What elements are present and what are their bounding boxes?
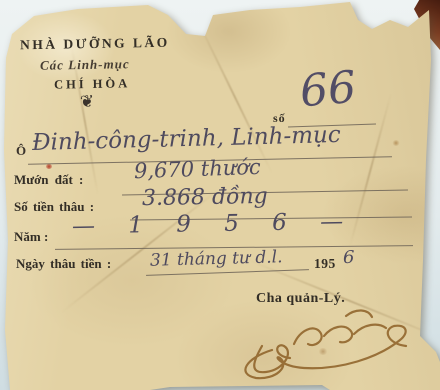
fleuron-ornament-icon: ❦: [80, 92, 95, 112]
date-year-printed: 195: [314, 256, 336, 272]
land-label: Mướn đất :: [14, 172, 83, 188]
amount-handwritten-value: 3.868 đồng: [142, 184, 268, 211]
date-handwritten-value: 31 tháng tư d.l.: [150, 247, 283, 270]
org-name-line1: NHÀ DƯỠNG LÃO: [20, 35, 170, 54]
date-label: Ngày thâu tiền :: [16, 256, 111, 272]
date-year-handwritten: 6: [343, 247, 354, 268]
land-handwritten-value: 9,670 thước: [134, 155, 261, 183]
year-handwritten-value: — 1 9 5 6 —: [72, 209, 357, 240]
org-name-line3: CHÍ HÒA: [54, 76, 130, 92]
org-name-line2: Các Linh-mục: [40, 56, 130, 74]
number-handwritten-value: 66: [298, 62, 358, 118]
photo-of-receipt: NHÀ DƯỠNG LÃO Các Linh-mục CHÍ HÒA ❦ số …: [0, 0, 440, 390]
paper-wrapper: NHÀ DƯỠNG LÃO Các Linh-mục CHÍ HÒA ❦ số …: [0, 0, 440, 390]
year-label: Năm :: [14, 229, 48, 245]
brown-stain: [392, 140, 400, 146]
red-stain: [46, 164, 52, 169]
signature-flourish: [228, 300, 432, 384]
receipt-paper: NHÀ DƯỠNG LÃO Các Linh-mục CHÍ HÒA ❦ số …: [0, 0, 440, 390]
name-prefix: Ô: [16, 143, 26, 159]
name-handwritten-value: Đinh-công-trinh, Linh-mục: [32, 122, 341, 156]
